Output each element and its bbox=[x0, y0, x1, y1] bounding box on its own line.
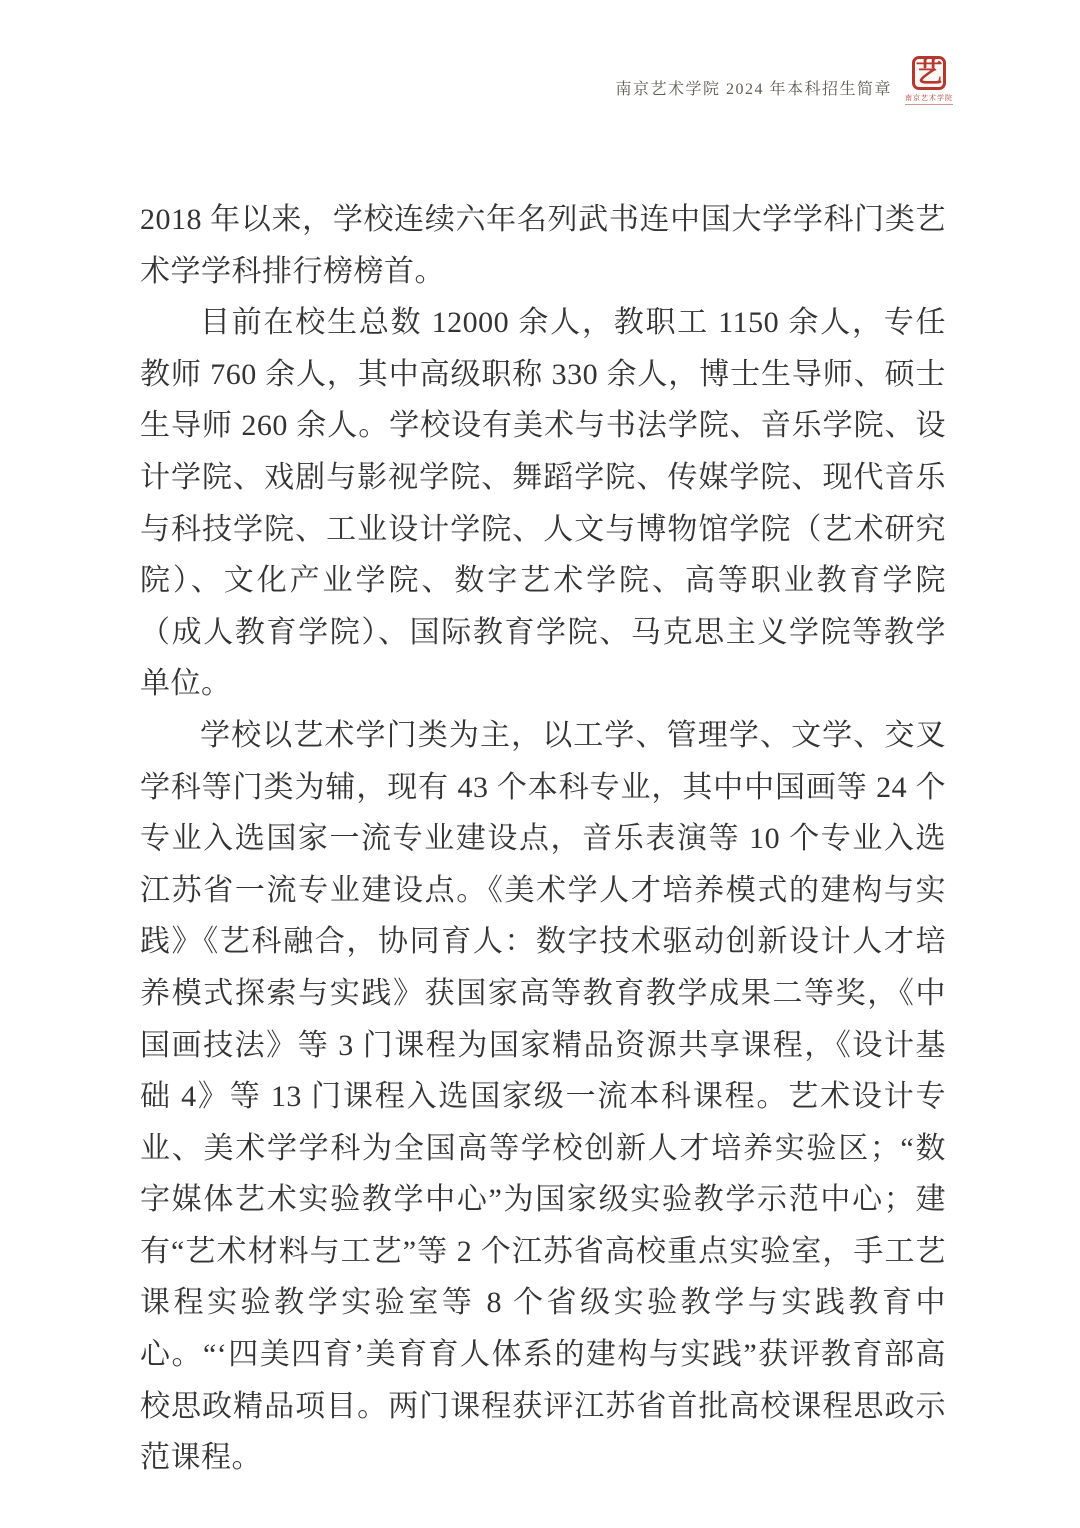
document-title: 南京艺术学院 2024 年本科招生简章 bbox=[615, 76, 892, 99]
nua-seal-icon: 艺 bbox=[912, 56, 946, 90]
body-text: 2018 年以来，学校连续六年名列武书连中国大学学科门类艺术学学科排行榜榜首。 … bbox=[140, 194, 946, 1484]
body-paragraph: 2018 年以来，学校连续六年名列武书连中国大学学科门类艺术学学科排行榜榜首。 bbox=[140, 194, 946, 297]
body-paragraph: 学校以艺术学门类为主，以工学、管理学、文学、交叉学科等门类为辅，现有 43 个本… bbox=[140, 710, 946, 1484]
page-header: 南京艺术学院 2024 年本科招生简章 艺 南京艺术学院 bbox=[615, 56, 956, 105]
nua-seal-caption: 南京艺术学院 bbox=[905, 93, 953, 105]
body-paragraph: 目前在校生总数 12000 余人，教职工 1150 余人，专任教师 760 余人… bbox=[140, 297, 946, 710]
nua-seal-logo: 艺 南京艺术学院 bbox=[902, 56, 956, 105]
document-page: 南京艺术学院 2024 年本科招生简章 艺 南京艺术学院 2018 年以来，学校… bbox=[0, 0, 1080, 1528]
